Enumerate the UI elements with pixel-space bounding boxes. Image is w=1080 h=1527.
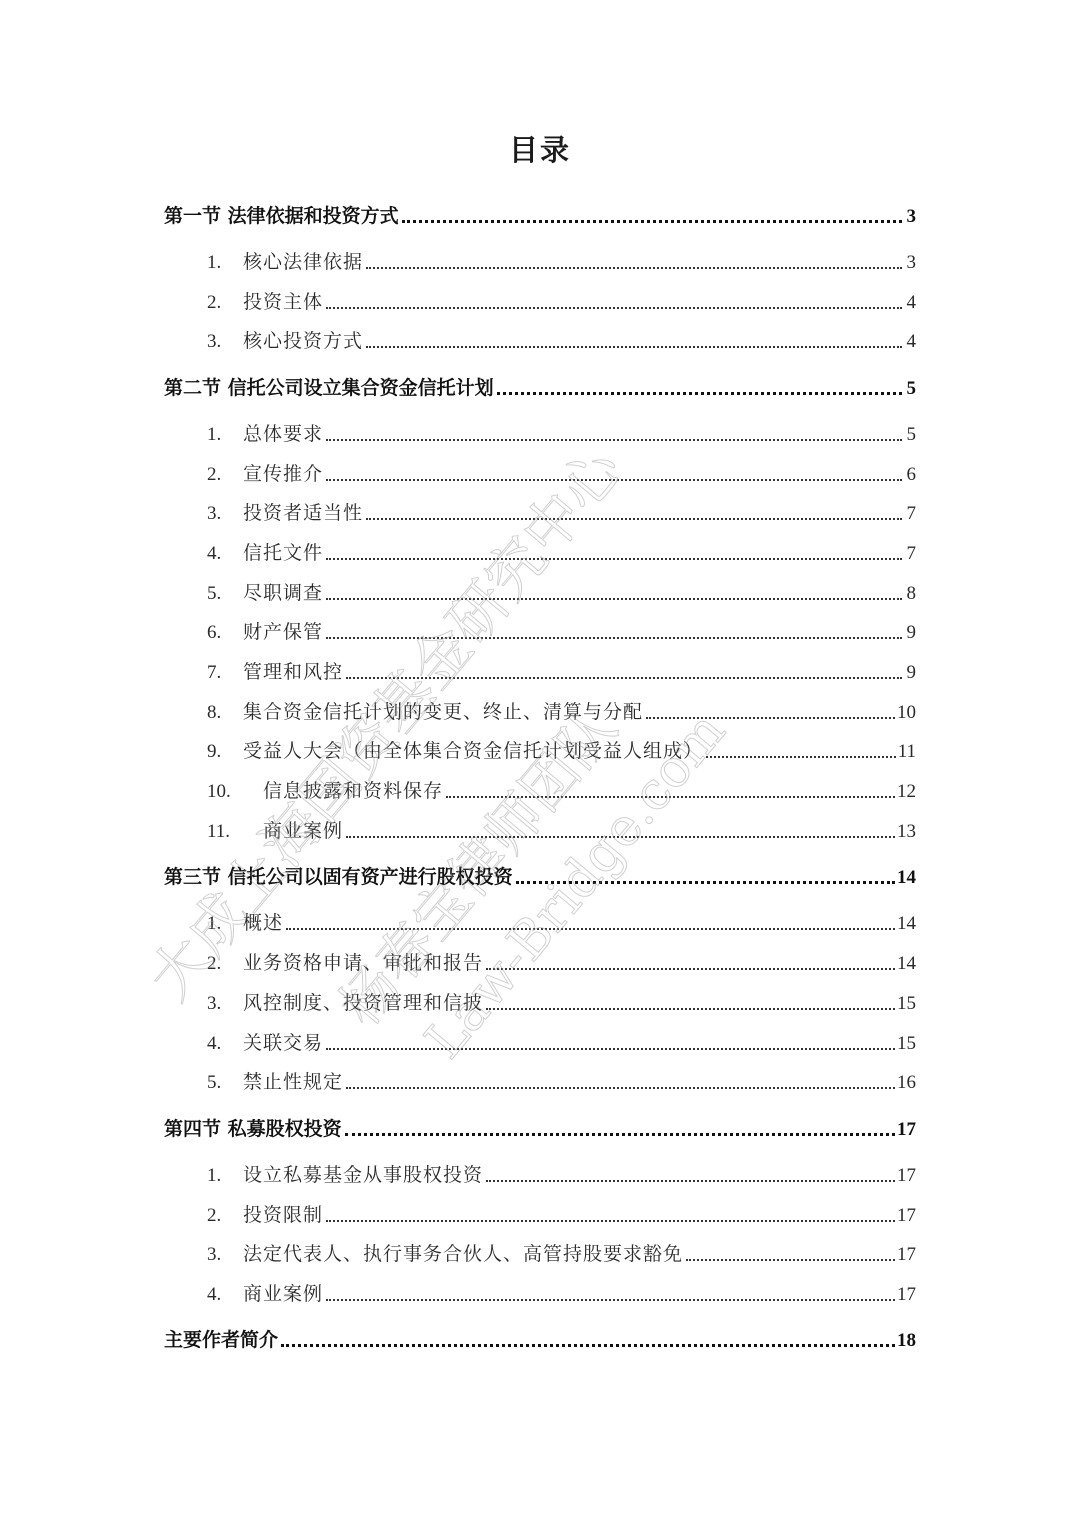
- toc-section-1[interactable]: 第一节 法律依据和投资方式 3: [164, 198, 916, 228]
- toc-item[interactable]: 3. 风控制度、投资管理和信披 15: [164, 985, 916, 1015]
- dot-leader: [326, 299, 902, 309]
- dot-leader: [516, 873, 895, 884]
- page-number: 6: [904, 464, 916, 486]
- item-number: 5.: [207, 1072, 243, 1094]
- item-number: 1.: [207, 913, 243, 935]
- item-number: 10.: [207, 781, 263, 803]
- item-label: 商业案例: [243, 1279, 323, 1306]
- page-number: 10: [897, 702, 916, 724]
- dot-leader: [281, 1336, 895, 1347]
- page-number: 14: [897, 867, 916, 889]
- item-label: 核心法律依据: [243, 247, 363, 274]
- page-number: 12: [897, 781, 916, 803]
- item-label: 核心投资方式: [243, 326, 363, 353]
- item-number: 4.: [207, 1033, 243, 1055]
- item-label: 投资限制: [243, 1200, 323, 1227]
- dot-leader: [706, 748, 896, 758]
- toc-item[interactable]: 9. 受益人大会（由全体集合资金信托计划受益人组成） 11: [164, 733, 916, 763]
- dot-leader: [646, 709, 895, 719]
- toc-item[interactable]: 10. 信息披露和资料保存 12: [164, 773, 916, 803]
- toc-item[interactable]: 8. 集合资金信托计划的变更、终止、清算与分配 10: [164, 694, 916, 724]
- item-number: 7.: [207, 662, 243, 684]
- page-number: 4: [904, 331, 916, 353]
- item-number: 2.: [207, 953, 243, 975]
- toc-item[interactable]: 5. 禁止性规定 16: [164, 1064, 916, 1094]
- toc-section-2[interactable]: 第二节 信托公司设立集合资金信托计划 5: [164, 370, 916, 400]
- dot-leader: [486, 1000, 895, 1010]
- toc-item[interactable]: 5. 尽职调查 8: [164, 575, 916, 605]
- item-label: 设立私募基金从事股权投资: [243, 1160, 483, 1187]
- item-label: 商业案例: [263, 816, 343, 843]
- toc-section-4[interactable]: 第四节 私募股权投资 17: [164, 1111, 916, 1141]
- page-number: 16: [897, 1072, 916, 1094]
- toc-item[interactable]: 3. 核心投资方式 4: [164, 323, 916, 353]
- toc-item[interactable]: 1. 概述 14: [164, 905, 916, 935]
- page-number: 4: [904, 292, 916, 314]
- dot-leader: [346, 828, 895, 838]
- item-number: 1.: [207, 1165, 243, 1187]
- document-page: 目录 第一节 法律依据和投资方式 3 1. 核心法律依据 3 2. 投资主体 4…: [0, 0, 1080, 1527]
- item-number: 8.: [207, 702, 243, 724]
- page-number: 9: [904, 662, 916, 684]
- dot-leader: [326, 550, 902, 560]
- toc-item[interactable]: 7. 管理和风控 9: [164, 654, 916, 684]
- item-label: 信息披露和资料保存: [263, 776, 443, 803]
- toc-item[interactable]: 4. 商业案例 17: [164, 1276, 916, 1306]
- dot-leader: [345, 1125, 895, 1136]
- item-label: 信托文件: [243, 538, 323, 565]
- item-number: 3.: [207, 1244, 243, 1266]
- item-label: 风控制度、投资管理和信披: [243, 988, 483, 1015]
- dot-leader: [346, 1079, 895, 1089]
- item-number: 4.: [207, 543, 243, 565]
- dot-leader: [326, 629, 902, 639]
- page-number: 5: [904, 378, 916, 400]
- page-number: 17: [897, 1284, 916, 1306]
- dot-leader: [326, 471, 902, 481]
- item-number: 1.: [207, 424, 243, 446]
- dot-leader: [497, 384, 902, 395]
- item-number: 3.: [207, 331, 243, 353]
- toc-item[interactable]: 1. 总体要求 5: [164, 416, 916, 446]
- page-title: 目录: [0, 128, 1080, 169]
- page-number: 17: [897, 1119, 916, 1141]
- toc-section-3[interactable]: 第三节 信托公司以固有资产进行股权投资 14: [164, 859, 916, 889]
- page-number: 14: [897, 913, 916, 935]
- item-label: 投资者适当性: [243, 498, 363, 525]
- item-number: 1.: [207, 252, 243, 274]
- dot-leader: [366, 338, 902, 348]
- page-number: 5: [904, 424, 916, 446]
- page-number: 8: [904, 583, 916, 605]
- page-number: 17: [897, 1244, 916, 1266]
- section-label: 第二节 信托公司设立集合资金信托计划: [164, 373, 494, 400]
- toc-item[interactable]: 2. 宣传推介 6: [164, 456, 916, 486]
- item-number: 2.: [207, 464, 243, 486]
- page-number: 14: [897, 953, 916, 975]
- page-number: 3: [904, 252, 916, 274]
- item-number: 9.: [207, 741, 243, 763]
- toc-item[interactable]: 11. 商业案例 13: [164, 813, 916, 843]
- toc-item[interactable]: 1. 设立私募基金从事股权投资 17: [164, 1157, 916, 1187]
- toc-item[interactable]: 3. 法定代表人、执行事务合伙人、高管持股要求豁免 17: [164, 1236, 916, 1266]
- dot-leader: [326, 1291, 895, 1301]
- item-label: 总体要求: [243, 419, 323, 446]
- item-number: 3.: [207, 503, 243, 525]
- item-number: 3.: [207, 993, 243, 1015]
- dot-leader: [326, 590, 902, 600]
- item-label: 集合资金信托计划的变更、终止、清算与分配: [243, 697, 643, 724]
- item-number: 5.: [207, 583, 243, 605]
- section-label: 第四节 私募股权投资: [164, 1114, 342, 1141]
- page-number: 7: [904, 503, 916, 525]
- toc-item[interactable]: 2. 投资限制 17: [164, 1197, 916, 1227]
- dot-leader: [402, 212, 902, 223]
- page-number: 7: [904, 543, 916, 565]
- item-number: 6.: [207, 622, 243, 644]
- dot-leader: [486, 960, 895, 970]
- toc-item[interactable]: 3. 投资者适当性 7: [164, 495, 916, 525]
- item-label: 财产保管: [243, 617, 323, 644]
- toc-section-authors[interactable]: 主要作者简介 18: [164, 1322, 916, 1352]
- section-label: 第一节 法律依据和投资方式: [164, 201, 399, 228]
- page-number: 17: [897, 1165, 916, 1187]
- page-number: 15: [897, 993, 916, 1015]
- page-number: 11: [898, 741, 916, 763]
- item-label: 业务资格申请、审批和报告: [243, 948, 483, 975]
- dot-leader: [686, 1251, 895, 1261]
- toc-item[interactable]: 1. 核心法律依据 3: [164, 244, 916, 274]
- section-label: 主要作者简介: [164, 1325, 278, 1352]
- page-number: 18: [897, 1330, 916, 1352]
- item-number: 2.: [207, 292, 243, 314]
- dot-leader: [366, 259, 902, 269]
- section-label: 第三节 信托公司以固有资产进行股权投资: [164, 862, 513, 889]
- item-label: 法定代表人、执行事务合伙人、高管持股要求豁免: [243, 1239, 683, 1266]
- toc-item[interactable]: 4. 关联交易 15: [164, 1025, 916, 1055]
- page-number: 9: [904, 622, 916, 644]
- item-label: 尽职调查: [243, 578, 323, 605]
- page-number: 17: [897, 1205, 916, 1227]
- item-label: 关联交易: [243, 1028, 323, 1055]
- dot-leader: [286, 920, 895, 930]
- item-label: 宣传推介: [243, 459, 323, 486]
- dot-leader: [326, 1212, 895, 1222]
- item-label: 概述: [243, 908, 283, 935]
- dot-leader: [326, 431, 902, 441]
- toc-item[interactable]: 6. 财产保管 9: [164, 614, 916, 644]
- item-label: 受益人大会（由全体集合资金信托计划受益人组成）: [243, 736, 703, 763]
- item-label: 管理和风控: [243, 657, 343, 684]
- item-number: 11.: [207, 821, 263, 843]
- dot-leader: [366, 510, 902, 520]
- page-number: 3: [904, 206, 916, 228]
- dot-leader: [446, 788, 895, 798]
- item-label: 投资主体: [243, 287, 323, 314]
- toc-item[interactable]: 4. 信托文件 7: [164, 535, 916, 565]
- item-number: 4.: [207, 1284, 243, 1306]
- item-number: 2.: [207, 1205, 243, 1227]
- dot-leader: [486, 1172, 895, 1182]
- item-label: 禁止性规定: [243, 1067, 343, 1094]
- page-number: 15: [897, 1033, 916, 1055]
- dot-leader: [346, 669, 902, 679]
- toc-item[interactable]: 2. 投资主体 4: [164, 284, 916, 314]
- toc-item[interactable]: 2. 业务资格申请、审批和报告 14: [164, 945, 916, 975]
- dot-leader: [326, 1040, 895, 1050]
- page-number: 13: [897, 821, 916, 843]
